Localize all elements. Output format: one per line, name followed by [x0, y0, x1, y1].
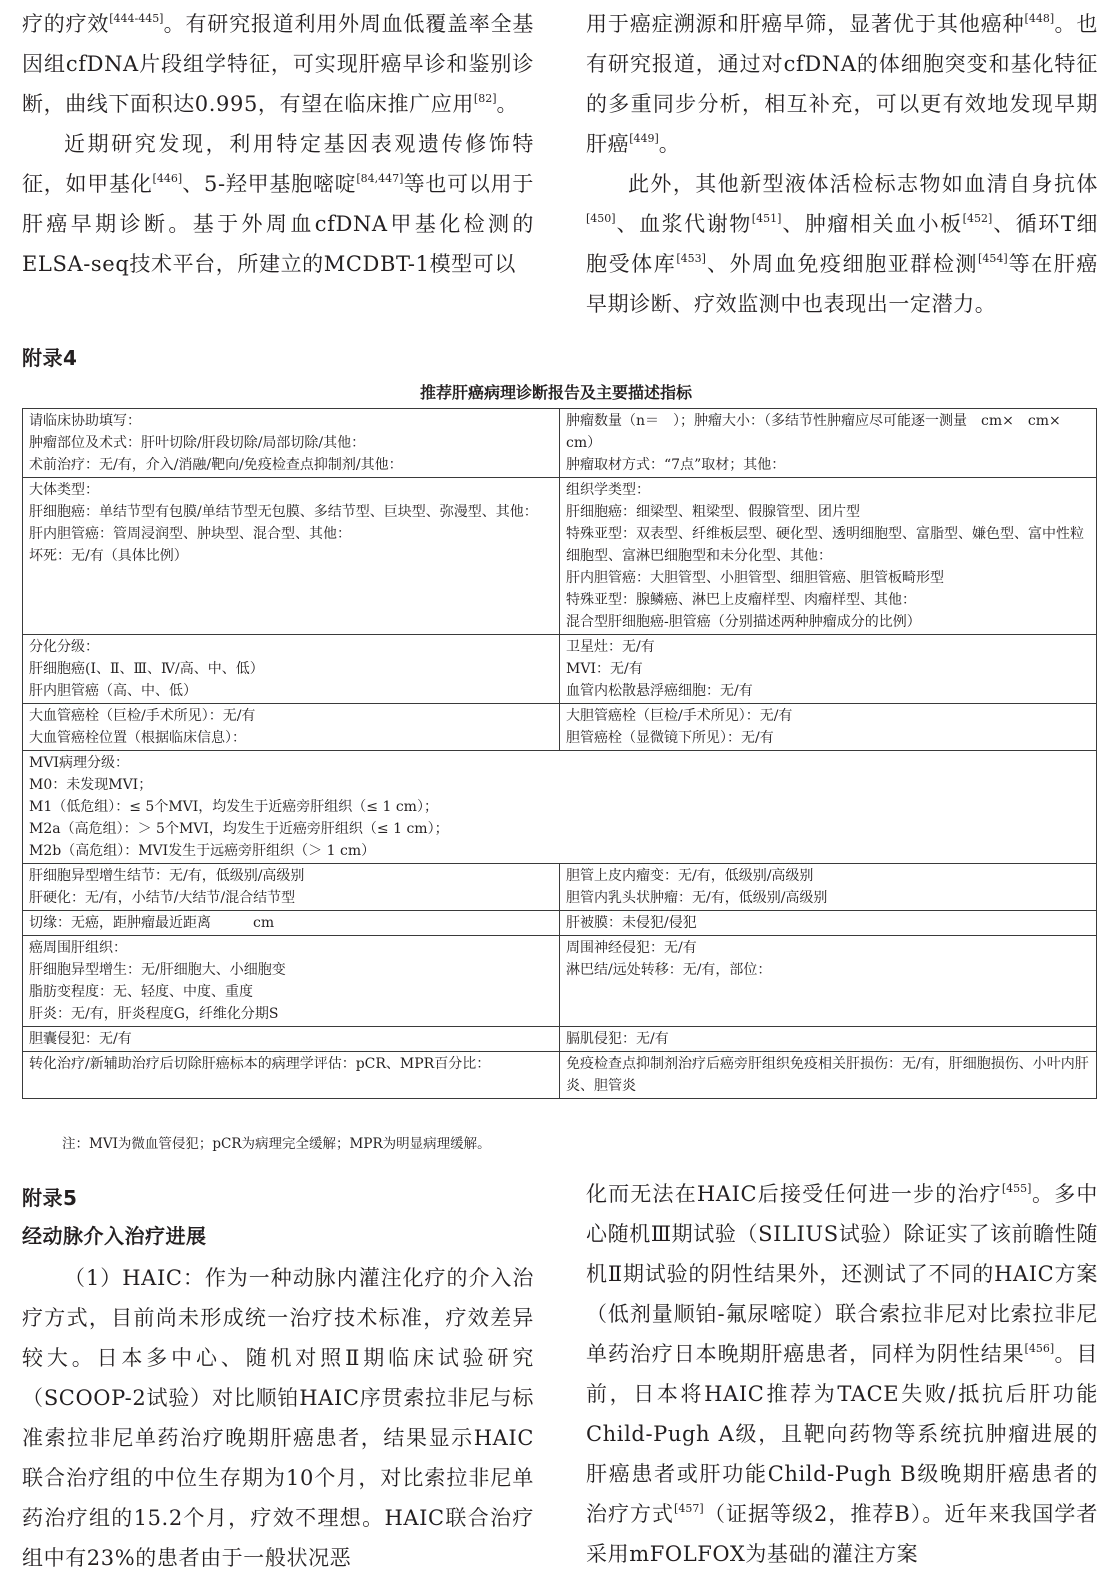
table-cell: 大胆管癌栓（巨检/手术所见）：无/有胆管癌栓（显微镜下所见）：无/有	[560, 704, 1097, 751]
citation-ref[interactable]: [449]	[629, 132, 659, 145]
citation-ref[interactable]: [446]	[153, 172, 183, 185]
cell-line: 特殊亚型：双表型、纤维板层型、硬化型、透明细胞型、富脂型、嫌色型、富中性粒细胞型…	[566, 523, 1090, 567]
table-cell: 胆管上皮内瘤变：无/有，低级别/高级别胆管内乳头状肿瘤：无/有，低级别/高级别	[560, 864, 1097, 911]
table-cell: 肝细胞异型增生结节：无/有，低级别/高级别肝硬化：无/有，小结节/大结节/混合结…	[23, 864, 560, 911]
table-note: 注：MVI为微血管侵犯；pCR为病理完全缓解；MPR为明显病理缓解。	[62, 1134, 491, 1154]
table-row: 肝细胞异型增生结节：无/有，低级别/高级别肝硬化：无/有，小结节/大结节/混合结…	[23, 864, 1097, 911]
cell-line: 血管内松散悬浮癌细胞：无/有	[566, 680, 1090, 702]
cell-line: 大血管癌栓位置（根据临床信息）：	[29, 727, 553, 749]
cell-line: 肝细胞癌(Ⅰ、Ⅱ、Ⅲ、Ⅳ/高、中、低）	[29, 658, 553, 680]
cell-line: 分化分级：	[29, 636, 553, 658]
cell-line: 术前治疗：无/有，介入/消融/靶向/免疫检查点抑制剂/其他：	[29, 454, 553, 476]
table-row: MVI病理分级：M0：未发现MVI；M1（低危组）：≤ 5个MVI，均发生于近癌…	[23, 751, 1097, 864]
cell-line: 大血管癌栓（巨检/手术所见）：无/有	[29, 705, 553, 727]
cell-line: MVI：无/有	[566, 658, 1090, 680]
table-cell: 大血管癌栓（巨检/手术所见）：无/有大血管癌栓位置（根据临床信息）：	[23, 704, 560, 751]
table-title: 推荐肝癌病理诊断报告及主要描述指标	[0, 380, 1112, 403]
cell-line: 膈肌侵犯：无/有	[566, 1028, 1090, 1050]
citation-ref[interactable]: [451]	[752, 212, 782, 225]
table-cell: 免疫检查点抑制剂治疗后癌旁肝组织免疫相关肝损伤：无/有，肝细胞损伤、小叶内肝炎、…	[560, 1052, 1097, 1099]
table-row: 癌周围肝组织：肝细胞异型增生：无/肝细胞大、小细胞变脂肪变程度：无、轻度、中度、…	[23, 936, 1097, 1027]
table-cell: 卫星灶：无/有MVI：无/有血管内松散悬浮癌细胞：无/有	[560, 635, 1097, 704]
paragraph: 近期研究发现，利用特定基因表观遗传修饰特征，如甲基化[446]、5-羟甲基胞嘧啶…	[22, 124, 534, 284]
paragraph: 化而无法在HAIC后接受任何进一步的治疗[455]。多中心随机Ⅲ期试验（SILI…	[586, 1174, 1098, 1570]
table-cell: 大体类型：肝细胞癌：单结节型有包膜/单结节型无包膜、多结节型、巨块型、弥漫型、其…	[23, 478, 560, 635]
cell-line: MVI病理分级：	[29, 752, 1090, 774]
body-column-right-top: 用于癌症溯源和肝癌早筛，显著优于其他癌种[448]。也有研究报道，通过对cfDN…	[586, 4, 1098, 324]
cell-line: 肝内胆管癌：管周浸润型、肿块型、混合型、其他：	[29, 523, 553, 545]
cell-line: M2b（高危组）：MVI发生于远癌旁肝组织（＞ 1 cm）	[29, 840, 1090, 862]
table-cell: 肿瘤数量（n＝ ）；肿瘤大小：（多结节性肿瘤应尽可能逐一测量 cm× cm× c…	[560, 409, 1097, 478]
table-row: 大体类型：肝细胞癌：单结节型有包膜/单结节型无包膜、多结节型、巨块型、弥漫型、其…	[23, 478, 1097, 635]
cell-line: 淋巴结/远处转移：无/有，部位：	[566, 959, 1090, 981]
citation-ref[interactable]: [453]	[676, 252, 706, 265]
paragraph: （1）HAIC：作为一种动脉内灌注化疗的介入治疗方式，目前尚未形成统一治疗技术标…	[22, 1258, 534, 1570]
table-cell: MVI病理分级：M0：未发现MVI；M1（低危组）：≤ 5个MVI，均发生于近癌…	[23, 751, 1097, 864]
appendix5-subheading: 经动脉介入治疗进展	[22, 1220, 207, 1249]
cell-line: 胆管上皮内瘤变：无/有，低级别/高级别	[566, 865, 1090, 887]
table-cell: 组织学类型：肝细胞癌：细梁型、粗梁型、假腺管型、团片型特殊亚型：双表型、纤维板层…	[560, 478, 1097, 635]
citation-ref[interactable]: [82]	[474, 92, 497, 105]
cell-line: 脂肪变程度：无、轻度、中度、重度	[29, 981, 553, 1003]
cell-line: 肝细胞癌：细梁型、粗梁型、假腺管型、团片型	[566, 501, 1090, 523]
cell-line: 肿瘤部位及术式：肝叶切除/肝段切除/局部切除/其他：	[29, 432, 553, 454]
cell-line: 大体类型：	[29, 479, 553, 501]
cell-line: 胆管内乳头状肿瘤：无/有，低级别/高级别	[566, 887, 1090, 909]
cell-line: 组织学类型：	[566, 479, 1090, 501]
table-row: 分化分级：肝细胞癌(Ⅰ、Ⅱ、Ⅲ、Ⅳ/高、中、低）肝内胆管癌（高、中、低）卫星灶：…	[23, 635, 1097, 704]
cell-line: 大胆管癌栓（巨检/手术所见）：无/有	[566, 705, 1090, 727]
cell-line: 周围神经侵犯：无/有	[566, 937, 1090, 959]
citation-ref[interactable]: [450]	[586, 212, 616, 225]
cell-line: M0：未发现MVI；	[29, 774, 1090, 796]
body-column-left-top: 疗的疗效[444-445]。有研究报道利用外周血低覆盖率全基因组cfDNA片段组…	[22, 4, 534, 284]
cell-line: 肝细胞异型增生结节：无/有，低级别/高级别	[29, 865, 553, 887]
cell-line: 转化治疗/新辅助治疗后切除肝癌标本的病理学评估：pCR、MPR百分比：	[29, 1053, 553, 1075]
appendix5-heading: 附录5	[22, 1182, 77, 1211]
cell-line: 卫星灶：无/有	[566, 636, 1090, 658]
table-row: 大血管癌栓（巨检/手术所见）：无/有大血管癌栓位置（根据临床信息）：大胆管癌栓（…	[23, 704, 1097, 751]
table-cell: 胆囊侵犯：无/有	[23, 1027, 560, 1052]
cell-line: 胆囊侵犯：无/有	[29, 1028, 553, 1050]
citation-ref[interactable]: [84,447]	[356, 172, 403, 185]
table-cell: 肝被膜：未侵犯/侵犯	[560, 911, 1097, 936]
paragraph: 用于癌症溯源和肝癌早筛，显著优于其他癌种[448]。也有研究报道，通过对cfDN…	[586, 4, 1098, 164]
cell-line: 免疫检查点抑制剂治疗后癌旁肝组织免疫相关肝损伤：无/有，肝细胞损伤、小叶内肝炎、…	[566, 1053, 1090, 1097]
cell-line: 癌周围肝组织：	[29, 937, 553, 959]
table-cell: 癌周围肝组织：肝细胞异型增生：无/肝细胞大、小细胞变脂肪变程度：无、轻度、中度、…	[23, 936, 560, 1027]
citation-ref[interactable]: [457]	[674, 1502, 704, 1515]
table-row: 切缘：无癌，距肿瘤最近距离 cm肝被膜：未侵犯/侵犯	[23, 911, 1097, 936]
cell-line: 肿瘤取材方式：“7点”取材；其他：	[566, 454, 1090, 476]
table-cell: 分化分级：肝细胞癌(Ⅰ、Ⅱ、Ⅲ、Ⅳ/高、中、低）肝内胆管癌（高、中、低）	[23, 635, 560, 704]
table-row: 转化治疗/新辅助治疗后切除肝癌标本的病理学评估：pCR、MPR百分比：免疫检查点…	[23, 1052, 1097, 1099]
cell-line: 切缘：无癌，距肿瘤最近距离 cm	[29, 912, 553, 934]
citation-ref[interactable]: [454]	[978, 252, 1008, 265]
paragraph: 疗的疗效[444-445]。有研究报道利用外周血低覆盖率全基因组cfDNA片段组…	[22, 4, 534, 124]
cell-line: M1（低危组）：≤ 5个MVI，均发生于近癌旁肝组织（≤ 1 cm）；	[29, 796, 1090, 818]
cell-line: 肝内胆管癌：大胆管型、小胆管型、细胆管癌、胆管板畸形型	[566, 567, 1090, 589]
cell-line: 肝内胆管癌（高、中、低）	[29, 680, 553, 702]
table-cell: 周围神经侵犯：无/有淋巴结/远处转移：无/有，部位：	[560, 936, 1097, 1027]
cell-line: 胆管癌栓（显微镜下所见）：无/有	[566, 727, 1090, 749]
body-column-right-bottom: 化而无法在HAIC后接受任何进一步的治疗[455]。多中心随机Ⅲ期试验（SILI…	[586, 1174, 1098, 1570]
citation-ref[interactable]: [455]	[1002, 1182, 1032, 1195]
cell-line: 肝硬化：无/有，小结节/大结节/混合结节型	[29, 887, 553, 909]
cell-line: 肝细胞异型增生：无/肝细胞大、小细胞变	[29, 959, 553, 981]
table-cell: 请临床协助填写：肿瘤部位及术式：肝叶切除/肝段切除/局部切除/其他：术前治疗：无…	[23, 409, 560, 478]
table-cell: 切缘：无癌，距肿瘤最近距离 cm	[23, 911, 560, 936]
citation-ref[interactable]: [444-445]	[109, 12, 163, 25]
table-cell: 转化治疗/新辅助治疗后切除肝癌标本的病理学评估：pCR、MPR百分比：	[23, 1052, 560, 1099]
body-column-left-bottom: （1）HAIC：作为一种动脉内灌注化疗的介入治疗方式，目前尚未形成统一治疗技术标…	[22, 1258, 534, 1570]
pathology-report-table: 请临床协助填写：肿瘤部位及术式：肝叶切除/肝段切除/局部切除/其他：术前治疗：无…	[22, 408, 1097, 1099]
cell-line: 特殊亚型：腺鳞癌、淋巴上皮瘤样型、肉瘤样型、其他：	[566, 589, 1090, 611]
cell-line: M2a（高危组）：＞ 5个MVI，均发生于近癌旁肝组织（≤ 1 cm）；	[29, 818, 1090, 840]
paragraph: 此外，其他新型液体活检标志物如血清自身抗体[450]、血浆代谢物[451]、肿瘤…	[586, 164, 1098, 324]
table-cell: 膈肌侵犯：无/有	[560, 1027, 1097, 1052]
appendix4-heading: 附录4	[22, 342, 77, 371]
citation-ref[interactable]: [448]	[1025, 12, 1055, 25]
table-row: 请临床协助填写：肿瘤部位及术式：肝叶切除/肝段切除/局部切除/其他：术前治疗：无…	[23, 409, 1097, 478]
cell-line: 坏死：无/有（具体比例）	[29, 545, 553, 567]
citation-ref[interactable]: [452]	[963, 212, 993, 225]
cell-line: 肝被膜：未侵犯/侵犯	[566, 912, 1090, 934]
table-row: 胆囊侵犯：无/有膈肌侵犯：无/有	[23, 1027, 1097, 1052]
cell-line: 请临床协助填写：	[29, 410, 553, 432]
citation-ref[interactable]: [456]	[1025, 1342, 1055, 1355]
cell-line: 肝炎：无/有，肝炎程度G，纤维化分期S	[29, 1003, 553, 1025]
cell-line: 肿瘤数量（n＝ ）；肿瘤大小：（多结节性肿瘤应尽可能逐一测量 cm× cm× c…	[566, 410, 1090, 454]
cell-line: 混合型肝细胞癌-胆管癌（分别描述两种肿瘤成分的比例）	[566, 611, 1090, 633]
cell-line: 肝细胞癌：单结节型有包膜/单结节型无包膜、多结节型、巨块型、弥漫型、其他：	[29, 501, 553, 523]
